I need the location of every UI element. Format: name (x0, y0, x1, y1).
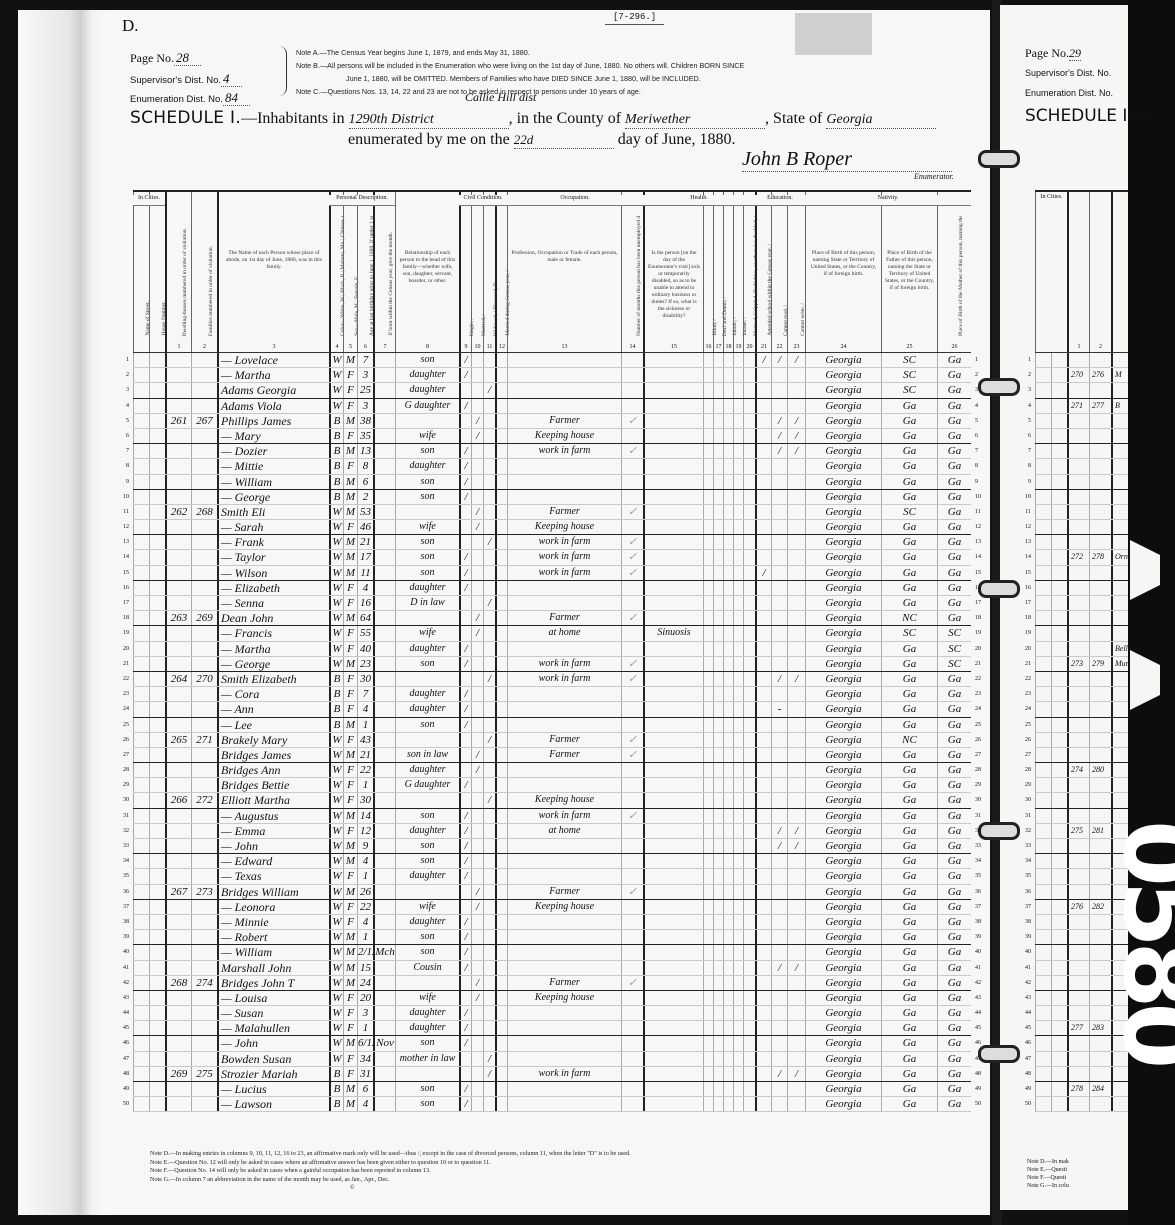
cell-married-census-year (495, 520, 507, 534)
cell-insane (733, 672, 743, 686)
cell-sex: F (343, 383, 357, 397)
cell-sex: M (343, 611, 357, 625)
right-cell-family (1089, 702, 1111, 716)
cell-sex: F (343, 520, 357, 534)
cell-occupation: Farmer (507, 976, 621, 990)
cell-mother-birthplace: Ga (937, 976, 971, 990)
cell-attended-school (755, 930, 771, 944)
cell-months-unemployed (621, 626, 643, 640)
cell-person-name: Adams Georgia (217, 383, 329, 397)
cell-married-census-year (495, 976, 507, 990)
cell-deaf-dumb (713, 520, 723, 534)
cell-attended-school (755, 839, 771, 853)
cell-birth-month (373, 718, 395, 732)
cell-dwelling-number (165, 854, 191, 868)
cell-occupation: Keeping house (507, 900, 621, 914)
right-line-number: 24 (1017, 702, 1031, 716)
cell-sickness (643, 748, 703, 762)
cell-birthplace: Georgia (805, 550, 881, 564)
cell-months-unemployed: ✓ (621, 414, 643, 428)
right-cell-blank (1035, 1067, 1051, 1081)
cell-house-number (149, 626, 165, 640)
line-number-right: 5 (975, 414, 989, 428)
cell-dwelling-number (165, 490, 191, 504)
cell-cannot-write (787, 475, 805, 489)
cell-birthplace: Georgia (805, 505, 881, 519)
cell-insane (733, 383, 743, 397)
cell-relationship: daughter (395, 915, 459, 929)
cell-person-name: — Leonora (217, 900, 329, 914)
cell-married (471, 869, 483, 883)
cell-deaf-dumb (713, 353, 723, 367)
right-cell-family (1089, 1097, 1111, 1111)
cell-relationship: son (395, 353, 459, 367)
right-cell-blank (1035, 1082, 1051, 1096)
cell-family-number (191, 809, 217, 823)
cell-birth-month (373, 520, 395, 534)
col-number: 5 (344, 344, 357, 350)
cell-attended-school (755, 1006, 771, 1020)
col-number: 20 (744, 344, 755, 350)
col-number: 26 (938, 344, 971, 350)
cell-deaf-dumb (713, 839, 723, 853)
cell-family-number: 268 (191, 505, 217, 519)
cell-single (459, 763, 471, 777)
cell-birth-month (373, 763, 395, 777)
cell-house-number (149, 1097, 165, 1111)
cell-idiotic (723, 854, 733, 868)
cell-blind (703, 748, 713, 762)
right-cell-blank (1035, 672, 1051, 686)
cell-cannot-write (787, 930, 805, 944)
right-cell-dwelling (1067, 718, 1089, 732)
line-number-right: 24 (975, 702, 989, 716)
cell-maimed (743, 763, 755, 777)
cell-sickness (643, 475, 703, 489)
cell-relationship (395, 733, 459, 747)
line-number-right: 9 (975, 475, 989, 489)
cell-age: 30 (357, 793, 373, 807)
cell-married: / (471, 414, 483, 428)
cell-insane (733, 657, 743, 671)
cell-months-unemployed: ✓ (621, 976, 643, 990)
cell-deaf-dumb (713, 429, 723, 443)
cell-widowed (483, 550, 495, 564)
cell-birth-month (373, 748, 395, 762)
line-number-right: 45 (975, 1021, 989, 1035)
cell-street (133, 839, 149, 853)
cell-deaf-dumb (713, 687, 723, 701)
cell-blind (703, 642, 713, 656)
right-table-row: 5 (1035, 414, 1128, 429)
table-row: 50— LawsonBM4son/GeorgiaGaGa50 (133, 1097, 971, 1112)
cell-married (471, 550, 483, 564)
cell-single (459, 429, 471, 443)
cell-occupation: work in farm (507, 657, 621, 671)
cell-color: W (329, 930, 343, 944)
cell-single (459, 535, 471, 549)
right-line-number: 35 (1017, 869, 1031, 883)
cell-married (471, 702, 483, 716)
table-row: 22264270Smith ElizabethBF30/work in farm… (133, 672, 971, 687)
right-cell-blank (1035, 399, 1051, 413)
form-code: [7-296.] (605, 12, 664, 25)
cell-sex: F (343, 763, 357, 777)
cell-age: 2/12 (357, 945, 373, 959)
right-cell-blank (1051, 581, 1067, 595)
line-number-right: 15 (975, 566, 989, 580)
cell-relationship: son (395, 535, 459, 549)
cell-married (471, 733, 483, 747)
cell-married-census-year (495, 581, 507, 595)
cell-sickness (643, 961, 703, 975)
film-frame-number: 0580 (1112, 820, 1175, 1063)
table-row: 38— MinnieWF4daughter/GeorgiaGaGa38 (133, 915, 971, 930)
cell-birth-month (373, 930, 395, 944)
cell-attended-school (755, 414, 771, 428)
cell-color: W (329, 945, 343, 959)
col-group-civil: Civil Condition. (459, 195, 507, 206)
right-cell-dwelling (1067, 475, 1089, 489)
footnote-f: Note F.—Question No. 14 will only be ask… (150, 1167, 631, 1176)
cell-father-birthplace: Ga (881, 961, 937, 975)
cell-married (471, 824, 483, 838)
right-cell-name (1111, 490, 1128, 504)
cell-house-number (149, 839, 165, 853)
cell-father-birthplace: Ga (881, 824, 937, 838)
cell-street (133, 733, 149, 747)
cell-married (471, 383, 483, 397)
cell-single (459, 793, 471, 807)
cell-sickness (643, 763, 703, 777)
cell-blind (703, 945, 713, 959)
cell-cannot-read (771, 399, 787, 413)
right-line-number: 47 (1017, 1052, 1031, 1066)
cell-insane (733, 900, 743, 914)
cell-person-name: — Ann (217, 702, 329, 716)
cell-widowed (483, 961, 495, 975)
col-header-birthplace: Place of Birth of this person, naming St… (805, 192, 881, 352)
cell-idiotic (723, 733, 733, 747)
cell-married (471, 475, 483, 489)
cell-idiotic (723, 1021, 733, 1035)
cell-cannot-write (787, 733, 805, 747)
cell-married: / (471, 991, 483, 1005)
line-number-right: 19 (975, 626, 989, 640)
cell-cannot-read: / (771, 429, 787, 443)
cell-cannot-read: / (771, 672, 787, 686)
right-line-number: 42 (1017, 976, 1031, 990)
cell-father-birthplace: Ga (881, 429, 937, 443)
cell-birthplace: Georgia (805, 596, 881, 610)
line-number: 47 (115, 1052, 129, 1066)
cell-dwelling-number (165, 1036, 191, 1050)
right-cell-family (1089, 611, 1111, 625)
cell-relationship: daughter (395, 459, 459, 473)
right-cell-dwelling: 270 (1067, 368, 1089, 382)
cell-age: 3 (357, 1006, 373, 1020)
col-num: 2 (1090, 344, 1111, 350)
right-cell-family (1089, 778, 1111, 792)
cell-sickness (643, 885, 703, 899)
cell-attended-school (755, 368, 771, 382)
cell-deaf-dumb (713, 809, 723, 823)
cell-street (133, 961, 149, 975)
cell-cannot-write: / (787, 961, 805, 975)
enumeration-district: Enumeration Dist. No.84 (130, 90, 250, 106)
form-letter: D. (122, 16, 139, 36)
cell-blind (703, 596, 713, 610)
cell-insane (733, 444, 743, 458)
col-number: 10 (472, 344, 483, 350)
cell-house-number (149, 520, 165, 534)
cell-cannot-read: / (771, 414, 787, 428)
cell-deaf-dumb (713, 475, 723, 489)
cell-single: / (459, 961, 471, 975)
cell-age: 3 (357, 368, 373, 382)
cell-occupation (507, 596, 621, 610)
cell-married (471, 1097, 483, 1111)
line-number-right: 49 (975, 1082, 989, 1096)
cell-cannot-read (771, 733, 787, 747)
cell-color: B (329, 490, 343, 504)
cell-married (471, 930, 483, 944)
cell-single (459, 748, 471, 762)
cell-birthplace: Georgia (805, 399, 881, 413)
right-cell-blank (1051, 566, 1067, 580)
cell-months-unemployed (621, 1021, 643, 1035)
line-number: 4 (115, 399, 129, 413)
cell-birthplace: Georgia (805, 900, 881, 914)
cell-single (459, 611, 471, 625)
line-number: 36 (115, 885, 129, 899)
cell-cannot-read (771, 1097, 787, 1111)
cell-sex: F (343, 824, 357, 838)
cell-father-birthplace: Ga (881, 915, 937, 929)
line-number-right: 16 (975, 581, 989, 595)
cell-family-number: 267 (191, 414, 217, 428)
cell-dwelling-number (165, 748, 191, 762)
cell-cannot-write (787, 596, 805, 610)
cell-idiotic (723, 869, 733, 883)
cell-birthplace: Georgia (805, 809, 881, 823)
right-cell-dwelling (1067, 748, 1089, 762)
col-header-person-name: The Name of each Person whose place of a… (217, 192, 329, 352)
cell-sex: F (343, 1021, 357, 1035)
cell-insane (733, 702, 743, 716)
cell-dwelling-number (165, 566, 191, 580)
cell-birthplace: Georgia (805, 961, 881, 975)
right-cell-family (1089, 1067, 1111, 1081)
cell-cannot-write (787, 900, 805, 914)
cell-deaf-dumb (713, 414, 723, 428)
cell-months-unemployed (621, 383, 643, 397)
right-line-number: 15 (1017, 566, 1031, 580)
cell-married-census-year (495, 383, 507, 397)
cell-father-birthplace: Ga (881, 1082, 937, 1096)
right-cell-blank (1035, 459, 1051, 473)
cell-insane (733, 885, 743, 899)
cell-family-number (191, 1021, 217, 1035)
right-table-row: 22 (1035, 672, 1128, 687)
cell-months-unemployed (621, 368, 643, 382)
cell-months-unemployed (621, 839, 643, 853)
cell-family-number (191, 839, 217, 853)
brace (278, 46, 287, 96)
right-cell-blank (1035, 535, 1051, 549)
cell-idiotic (723, 763, 733, 777)
right-table-row: 24 (1035, 702, 1128, 717)
cell-person-name: — Francis (217, 626, 329, 640)
cell-mother-birthplace: Ga (937, 1067, 971, 1081)
cell-color: W (329, 733, 343, 747)
line-number: 24 (115, 702, 129, 716)
cell-married-census-year (495, 854, 507, 868)
right-table-row: 271277B4 (1035, 399, 1128, 414)
cell-color: W (329, 657, 343, 671)
cell-single (459, 672, 471, 686)
right-line-number: 2 (1017, 368, 1031, 382)
cell-months-unemployed: ✓ (621, 535, 643, 549)
right-cell-dwelling: 275 (1067, 824, 1089, 838)
right-cell-dwelling (1067, 839, 1089, 853)
cell-house-number (149, 429, 165, 443)
line-number-right: 42 (975, 976, 989, 990)
cell-house-number (149, 550, 165, 564)
cell-family-number: 269 (191, 611, 217, 625)
cell-blind (703, 535, 713, 549)
line-number: 20 (115, 642, 129, 656)
cell-birthplace: Georgia (805, 414, 881, 428)
cell-attended-school (755, 1052, 771, 1066)
right-cell-dwelling (1067, 930, 1089, 944)
line-number: 22 (115, 672, 129, 686)
cell-occupation (507, 930, 621, 944)
cell-months-unemployed (621, 945, 643, 959)
cell-street (133, 1082, 149, 1096)
right-cell-family (1089, 748, 1111, 762)
right-cell-blank (1051, 793, 1067, 807)
cell-person-name: Smith Eli (217, 505, 329, 519)
cell-dwelling-number (165, 915, 191, 929)
col-group-occupation: Occupation. (507, 195, 643, 206)
cell-birthplace: Georgia (805, 991, 881, 1005)
right-cell-family (1089, 793, 1111, 807)
cell-widowed (483, 566, 495, 580)
cell-birth-month (373, 778, 395, 792)
line-number: 30 (115, 793, 129, 807)
cell-person-name: — Senna (217, 596, 329, 610)
cell-person-name: — Taylor (217, 550, 329, 564)
col-number: 19 (734, 344, 743, 350)
col-header-label: Relationship of each person to the head … (399, 250, 456, 285)
cell-attended-school (755, 915, 771, 929)
cell-cannot-read (771, 611, 787, 625)
right-line-number: 18 (1017, 611, 1031, 625)
cell-insane (733, 915, 743, 929)
cell-birth-month (373, 991, 395, 1005)
right-table-row: 30 (1035, 793, 1128, 808)
cell-maimed (743, 566, 755, 580)
col-header-age: Age at last birthday prior to June 1, 18… (357, 192, 373, 352)
cell-blind (703, 611, 713, 625)
cell-married-census-year (495, 930, 507, 944)
cell-dwelling-number (165, 930, 191, 944)
cell-age: 15 (357, 961, 373, 975)
table-row: 11262268Smith EliWM53/Farmer✓GeorgiaSCGa… (133, 505, 971, 520)
cell-married-census-year (495, 809, 507, 823)
cell-mother-birthplace: Ga (937, 839, 971, 853)
cell-person-name: — William (217, 475, 329, 489)
right-cell-family (1089, 718, 1111, 732)
table-row: 39— RobertWM1son/GeorgiaGaGa39 (133, 930, 971, 945)
table-row: 6— MaryBF35wife/Keeping house//GeorgiaGa… (133, 429, 971, 444)
cell-dwelling-number (165, 353, 191, 367)
cell-married (471, 399, 483, 413)
cell-insane (733, 1067, 743, 1081)
right-line-number: 7 (1017, 444, 1031, 458)
cell-occupation (507, 399, 621, 413)
cell-deaf-dumb (713, 900, 723, 914)
cell-dwelling-number (165, 687, 191, 701)
cell-dwelling-number: 261 (165, 414, 191, 428)
cell-married-census-year (495, 748, 507, 762)
table-row: 28Bridges AnnWF22daughter/GeorgiaGaGa28 (133, 763, 971, 778)
cell-maimed (743, 535, 755, 549)
right-cell-blank (1051, 854, 1067, 868)
cell-birth-month (373, 672, 395, 686)
cell-cannot-read (771, 1082, 787, 1096)
col-header-idiotic: Idiotic, /18 (723, 192, 733, 352)
cell-relationship (395, 414, 459, 428)
cell-months-unemployed (621, 399, 643, 413)
right-line-number: 40 (1017, 945, 1031, 959)
cell-mother-birthplace: Ga (937, 702, 971, 716)
cell-family-number (191, 581, 217, 595)
cell-color: W (329, 596, 343, 610)
cell-sex: F (343, 429, 357, 443)
cell-color: W (329, 399, 343, 413)
cell-street (133, 1067, 149, 1081)
cell-married (471, 642, 483, 656)
right-cell-blank (1035, 869, 1051, 883)
right-table-row: 29 (1035, 778, 1128, 793)
cell-father-birthplace: SC (881, 383, 937, 397)
table-row: 3Adams GeorgiaWF25daughter/GeorgiaSCGa3 (133, 383, 971, 398)
right-cell-family (1089, 672, 1111, 686)
cell-father-birthplace: Ga (881, 459, 937, 473)
cell-cannot-write (787, 763, 805, 777)
right-line-number: 6 (1017, 429, 1031, 443)
cell-blind (703, 976, 713, 990)
cell-attended-school (755, 991, 771, 1005)
cell-cannot-write (787, 535, 805, 549)
cell-street (133, 642, 149, 656)
cell-age: 22 (357, 900, 373, 914)
cell-insane (733, 353, 743, 367)
cell-birth-month (373, 368, 395, 382)
cell-idiotic (723, 414, 733, 428)
table-row: 23— CoraBF7daughter/GeorgiaGaGa23 (133, 687, 971, 702)
right-cell-blank (1035, 626, 1051, 640)
cell-house-number (149, 961, 165, 975)
cell-person-name: Dean John (217, 611, 329, 625)
cell-relationship: son (395, 657, 459, 671)
cell-cannot-write (787, 1052, 805, 1066)
cell-occupation: Keeping house (507, 793, 621, 807)
col-header-color: Color—White, W.; Black, B.; Mulatto, Mu.… (329, 192, 343, 352)
cell-age: 53 (357, 505, 373, 519)
